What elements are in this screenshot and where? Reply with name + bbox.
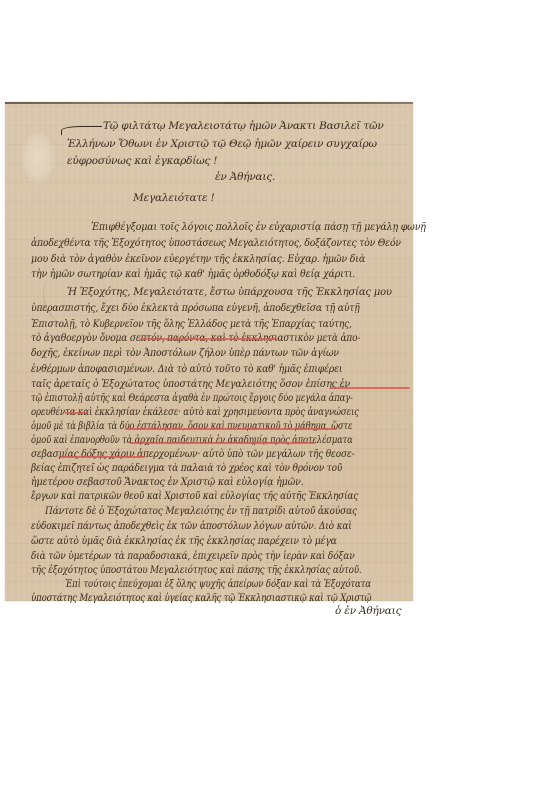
body-line: ἡμετέρου σεβαστοῦ Ἄνακτος ἐν Χριστῷ καὶ …	[31, 476, 304, 488]
body-line: Ἐπιστολῇ, τὸ Κυβερνεῖον τῆς ὅλης Ἑλλάδος…	[31, 318, 352, 330]
body-line: ἐνθέρμων ἀποφασισμένων. Διὰ τὸ αὐτὸ τοῦτ…	[31, 363, 342, 375]
embossed-seal	[21, 132, 55, 184]
body-line: ὑπερασπιστής, ἔχει δύο ἐκλεκτὰ πρόσωπα ε…	[31, 302, 360, 314]
body-line: Ἐπὶ τούτοις ἐπεύχομαι ἐξ ὅλης ψυχῆς ἀπεί…	[65, 578, 371, 590]
body-line: τῷ ἐπιστολῇ αὐτῆς καὶ Θεάρεστα ἀγαθὰ ἐν …	[31, 392, 353, 404]
body-line: τῆς ἐξοχότητος ὑποστάτου Μεγαλειότητος κ…	[31, 564, 362, 576]
red-underline	[130, 442, 315, 444]
red-underline	[140, 338, 278, 340]
red-underline	[330, 387, 410, 389]
signature: ὁ ἐν Ἀθήναις	[335, 605, 401, 617]
body-line: ὑποστάτης Μεγαλειότητος καὶ ὑγείας καλῆς…	[31, 592, 371, 604]
body-line: εὐδοκιμεῖ πάντως ἀποδεχθεὶς ἐκ τῶν ἀποστ…	[31, 520, 352, 532]
red-underline	[125, 428, 337, 430]
header-line-2: Ἑλλήνων Ὄθωνι ἐν Χριστῷ τῷ Θεῷ ἡμῶν χαίρ…	[67, 138, 377, 150]
body-line: δοχῆς, ἐκείνων περὶ τὸν Ἀποστόλων ζήλον …	[31, 347, 339, 359]
body-line: σεβασμίας δόξης χάριν ἀπερχομένων· αὐτὸ …	[31, 448, 355, 460]
header-line-1: Τῷ φιλτάτῳ Μεγαλειοτάτῳ ἡμῶν Ἀνακτι Βασι…	[103, 120, 384, 132]
body-line: τὴν ἡμῶν σωτηρίαν καὶ ἡμᾶς τῷ καθ' ἡμᾶς …	[31, 268, 355, 280]
body-line: ὁμοῦ καὶ ἐπανορθοῦν τὰ ἀρχαῖα παιδευτικὰ…	[31, 434, 353, 446]
body-line: Ἡ Ἐξοχότης, Μεγαλειότατε, ἔστω ὑπάρχουσα…	[67, 286, 392, 298]
body-line: ἔργων καὶ πατρικῶν θεοῦ καὶ Χριστοῦ καὶ …	[31, 490, 358, 502]
red-underline	[65, 412, 87, 414]
place-line: ἐν Ἀθήναις.	[215, 171, 275, 183]
body-line: ὁμοῦ μὲ τὰ βιβλία τὰ δύο ἐστάλησαν, ὅσον…	[31, 420, 352, 432]
body-line: ἀποδεχθέντα τῆς Ἐξοχότητος ὑποστάσεως Με…	[31, 237, 401, 249]
body-line: Πάντοτε δὲ ὁ Ἐξοχώτατος Μεγαλειότης ἐν τ…	[45, 505, 357, 517]
body-line: ταῖς ἀρεταῖς ὁ Ἐξοχώτατος ὑποστάτης Μεγα…	[31, 378, 350, 390]
body-line: διὰ τῶν ὑμετέρων τὰ παραδοσιακά, ἐπιχειρ…	[31, 550, 355, 562]
body-line: ὥστε αὐτὸ ὑμᾶς διὰ ἐκκλησίας ἐκ τῆς ἐκκλ…	[31, 535, 337, 547]
body-line: μου διὰ τὸν ἀγαθὸν ἐκεῖνον εὐεργέτην τῆς…	[31, 253, 365, 265]
letter-page: Τῷ φιλτάτῳ Μεγαλειοτάτῳ ἡμῶν Ἀνακτι Βασι…	[5, 102, 413, 601]
red-underline	[60, 456, 145, 458]
body-line: Ἐπιφθέγξομαι τοῖς λόγοις πολλοῖς ἐν εὐχα…	[91, 221, 426, 233]
body-line: βείας ἐπιζητεῖ ὡς παράδειγμα τὰ παλαιὰ τ…	[31, 462, 342, 474]
salutation: Μεγαλειότατε !	[133, 192, 215, 204]
opening-flourish-icon	[61, 126, 102, 135]
header-line-3: εὐφροσύνως καὶ ἐγκαρδίως !	[67, 155, 217, 167]
